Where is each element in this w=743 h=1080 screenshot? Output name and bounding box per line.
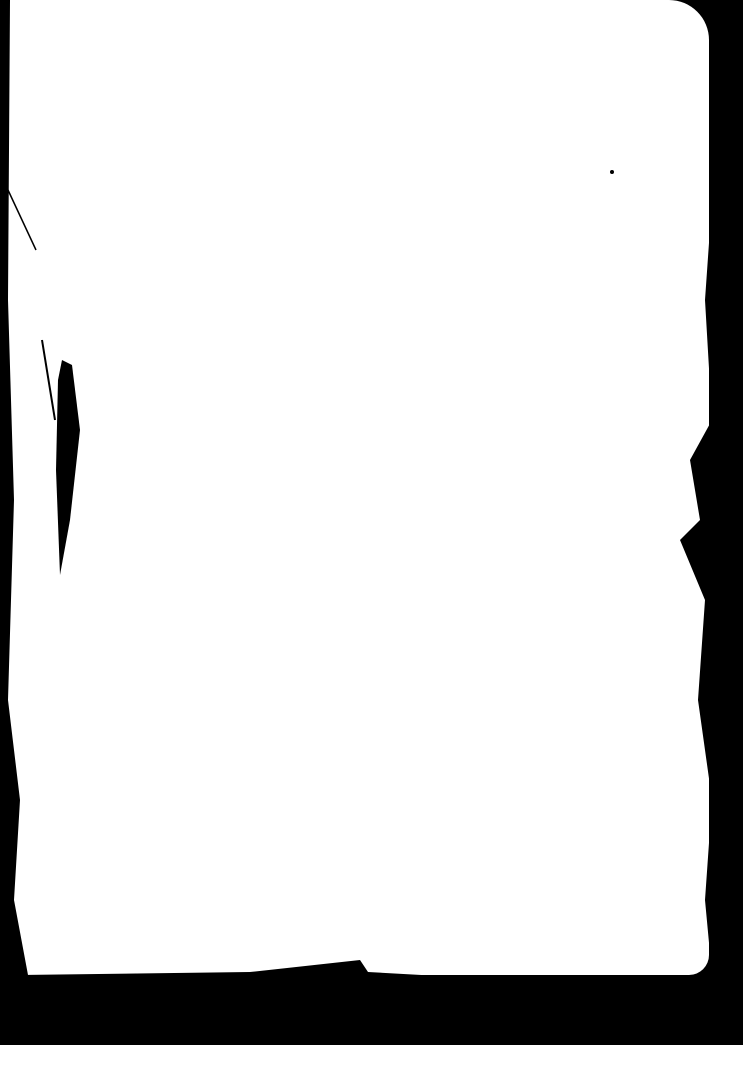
page-edge-artifacts [0,0,743,1045]
scan-background [0,0,743,1045]
